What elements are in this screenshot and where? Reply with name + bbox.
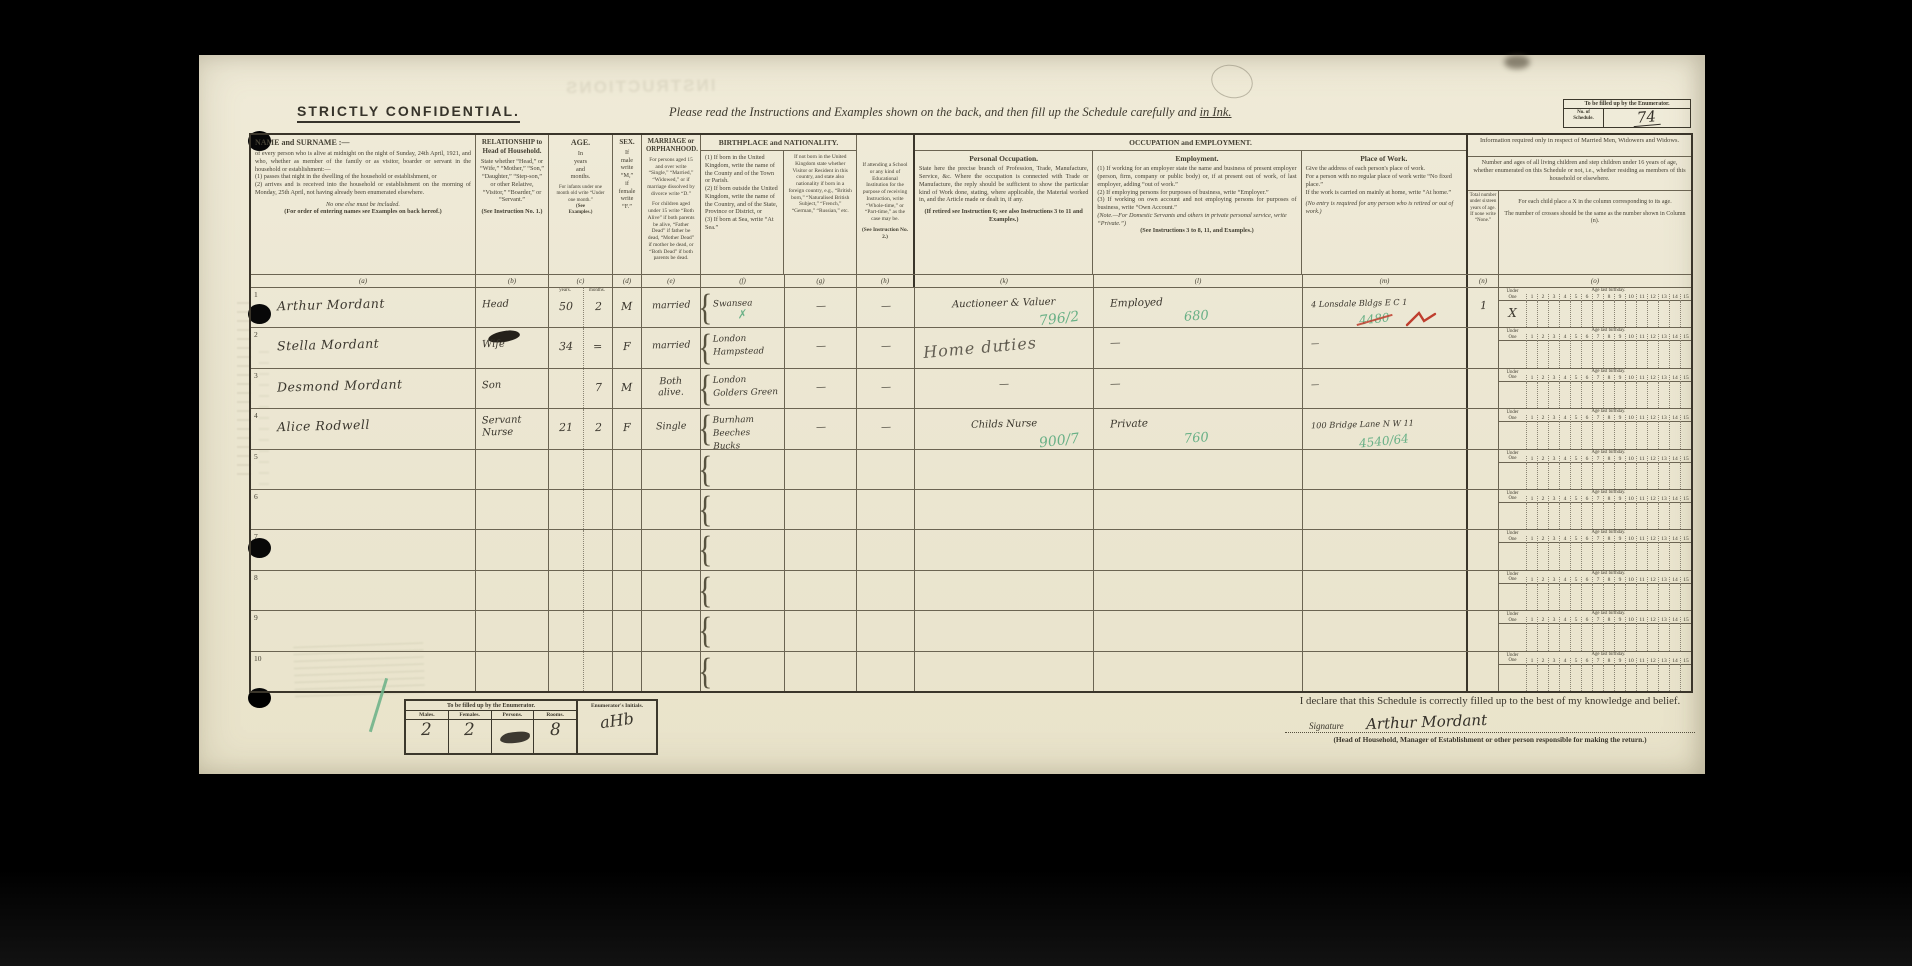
age-grid-cell — [1636, 665, 1647, 691]
age-column-number: 3 — [1548, 658, 1559, 665]
birthplace-cell: {London Golders Green — [701, 369, 785, 408]
employment-cell — [1094, 611, 1303, 650]
age-column-number: 4 — [1559, 294, 1570, 301]
age-numbers: 123456789101112131415 — [1526, 658, 1691, 665]
age-column-number: 6 — [1581, 536, 1592, 543]
age-years-cell — [549, 571, 584, 610]
age-grid-cell — [1570, 665, 1581, 691]
age-column-number: 12 — [1647, 334, 1658, 341]
age-column-number: 7 — [1592, 617, 1603, 624]
marriage-cell: Single — [642, 409, 701, 448]
age-years-cell — [549, 652, 584, 691]
age-grid-cell — [1548, 503, 1559, 529]
place-of-work-column-desc: Give the address of each person's place … — [1306, 165, 1462, 196]
age-column-number: 1 — [1526, 456, 1537, 463]
relationship-column-desc: State whether “Head,” or “Wife,” “Mother… — [480, 158, 544, 205]
marriage-cell — [642, 652, 701, 691]
age-column-number: 6 — [1581, 334, 1592, 341]
age-column-number: 14 — [1669, 294, 1680, 301]
age-grid-cell — [1658, 341, 1669, 367]
place-of-work-cell: — — [1303, 369, 1468, 408]
age-grid-cell — [1537, 503, 1548, 529]
males-value: 2 — [406, 720, 449, 753]
employment-cell — [1094, 530, 1303, 569]
age-column-number: 5 — [1570, 577, 1581, 584]
age-grid-cell — [1636, 382, 1647, 408]
marriage-column-title: MARRIAGE or ORPHANHOOD. — [646, 138, 696, 155]
persons-label: Persons. — [492, 711, 535, 719]
age-grid-cell — [1526, 665, 1537, 691]
age-grid-cell — [1592, 543, 1603, 569]
age-column-number: 1 — [1526, 496, 1537, 503]
age-column-number: 5 — [1570, 496, 1581, 503]
marriage-cell — [642, 450, 701, 489]
age-grid-cell — [1537, 624, 1548, 650]
birthplace-cell: { — [701, 571, 785, 610]
education-cell: — — [857, 409, 915, 448]
age-grid-body: X — [1499, 301, 1691, 327]
age-grid-cell — [1537, 301, 1548, 327]
age-grid-cell — [1570, 301, 1581, 327]
children-group-title2: Number and ages of all living children a… — [1468, 157, 1691, 191]
schedule-row: 6 { Under One Age last birthday. 1234567… — [251, 489, 1691, 529]
persons-value — [492, 720, 535, 753]
education-cell — [857, 450, 915, 489]
row-number: 7 — [251, 530, 265, 569]
education-cell — [857, 490, 915, 529]
name-cell: Desmond Mordant — [265, 369, 476, 408]
age-column-number: 4 — [1559, 658, 1570, 665]
age-grid-cell — [1537, 665, 1548, 691]
age-column-number: 9 — [1614, 617, 1625, 624]
age-grid-cell — [1658, 543, 1669, 569]
occupation-cell: Childs Nurse900/7 — [915, 409, 1094, 448]
age-months-cell — [584, 490, 613, 529]
name-column-title: NAME and SURNAME :— — [255, 138, 471, 148]
age-column-number: 5 — [1570, 456, 1581, 463]
age-column-number: 15 — [1680, 415, 1691, 422]
age-column-number: 12 — [1647, 658, 1658, 665]
marriage-cell — [642, 490, 701, 529]
nationality-cell — [785, 450, 857, 489]
nationality-cell — [785, 530, 857, 569]
age-grid-cell — [1526, 503, 1537, 529]
header-marriage-column: MARRIAGE or ORPHANHOOD. For persons aged… — [642, 135, 701, 274]
age-grid-cell — [1625, 543, 1636, 569]
relationship-column-title: RELATIONSHIP to Head of Household. — [480, 138, 544, 156]
age-grid-cell — [1614, 341, 1625, 367]
age-grid-cell — [1680, 341, 1691, 367]
census-table: NAME and SURNAME :— of every person who … — [249, 133, 1693, 693]
age-column-number: 5 — [1570, 536, 1581, 543]
age-numbers: 123456789101112131415 — [1526, 294, 1691, 301]
occupation-scrawl: Home duties — [922, 333, 1037, 362]
marriage-column-desc1: For persons aged 15 and over write “Sing… — [646, 157, 696, 198]
place-of-work-column-title: Place of Work. — [1306, 154, 1462, 163]
age-column-number: 11 — [1636, 536, 1647, 543]
age-column-number: 12 — [1647, 456, 1658, 463]
age-grid-cell — [1603, 422, 1614, 448]
age-grid-body — [1499, 503, 1691, 529]
place-of-work-cell — [1303, 490, 1468, 529]
age-grid-cell — [1669, 301, 1680, 327]
age-grid-cell — [1680, 543, 1691, 569]
age-grid-cell — [1647, 463, 1658, 489]
age-column-number: 4 — [1559, 496, 1570, 503]
age-grid-cell — [1614, 382, 1625, 408]
name-cell — [265, 490, 476, 529]
age-months-cell: 2 — [584, 288, 613, 327]
total-children-cell — [1468, 490, 1499, 529]
children-grid-desc1: For each child place a X in the column c… — [1503, 199, 1687, 207]
nationality-cell: — — [785, 328, 857, 367]
children-age-grid: Under One Age last birthday. 12345678910… — [1499, 490, 1691, 529]
marriage-cell — [642, 571, 701, 610]
age-grid-cell — [1647, 665, 1658, 691]
age-column-number: 12 — [1647, 294, 1658, 301]
age-grid-cell — [1499, 584, 1526, 610]
schedule-number-box: To be filled up by the Enumerator. No. o… — [1563, 99, 1691, 128]
age-column-number: 13 — [1658, 496, 1669, 503]
printed-brace: { — [698, 648, 712, 696]
sex-column-title: SEX. — [617, 138, 637, 147]
age-grid-cell — [1658, 665, 1669, 691]
age-grid-cell — [1669, 665, 1680, 691]
age-grid-body — [1499, 463, 1691, 489]
age-grid-cell — [1548, 463, 1559, 489]
age-numbers: 123456789101112131415 — [1526, 496, 1691, 503]
age-grid-cell — [1647, 503, 1658, 529]
age-column-number: 15 — [1680, 536, 1691, 543]
age-grid-cell — [1669, 341, 1680, 367]
age-grid-cell — [1537, 584, 1548, 610]
age-grid-cell — [1537, 341, 1548, 367]
age-grid-cell — [1669, 584, 1680, 610]
age-column-number: 4 — [1559, 456, 1570, 463]
age-column-number: 12 — [1647, 415, 1658, 422]
age-column-number: 14 — [1669, 456, 1680, 463]
age-grid-cell — [1625, 665, 1636, 691]
age-months-cell — [584, 571, 613, 610]
age-grid-cell — [1658, 584, 1669, 610]
age-grid-cell — [1499, 624, 1526, 650]
age-column-number: 8 — [1603, 334, 1614, 341]
education-column-note: (See Instruction No. 2.) — [861, 227, 909, 241]
name-cell: Alice Rodwell — [265, 409, 476, 448]
age-grid-cell — [1614, 422, 1625, 448]
sex-cell — [613, 611, 642, 650]
age-numbers: 123456789101112131415 — [1526, 375, 1691, 382]
relationship-column-note: (See Instruction No. 1.) — [480, 208, 544, 216]
total-children-cell — [1468, 369, 1499, 408]
age-months-cell: 7 — [584, 369, 613, 408]
place-code: 4540/64 — [1358, 431, 1409, 450]
age-column-number: 9 — [1614, 375, 1625, 382]
place-of-work-cell — [1303, 611, 1468, 650]
age-column-number: 6 — [1581, 577, 1592, 584]
enumerator-initials: aHb — [578, 711, 656, 753]
age-grid-cell — [1625, 382, 1636, 408]
age-column-number: 6 — [1581, 415, 1592, 422]
age-column-number: 14 — [1669, 334, 1680, 341]
signature-handwriting: Arthur Mordant — [1365, 711, 1487, 733]
age-column-number: 7 — [1592, 496, 1603, 503]
age-grid-cell — [1559, 584, 1570, 610]
age-column-number: 7 — [1592, 415, 1603, 422]
age-column-number: 4 — [1559, 536, 1570, 543]
age-grid-cell — [1559, 382, 1570, 408]
education-cell — [857, 571, 915, 610]
age-grid-cell — [1570, 503, 1581, 529]
total-children-cell — [1468, 530, 1499, 569]
marriage-cell — [642, 530, 701, 569]
children-group-title1: Information required only in respect of … — [1468, 135, 1691, 157]
age-column-number: 8 — [1603, 415, 1614, 422]
education-cell — [857, 530, 915, 569]
age-months-cell — [584, 652, 613, 691]
name-cell — [265, 571, 476, 610]
census-schedule-document: INSTRUCTIONS STRICTLY CONFIDENTIAL. Plea… — [199, 55, 1705, 774]
age-grid-cell — [1680, 624, 1691, 650]
total-children-cell — [1468, 409, 1499, 448]
under-one-label: Under One — [1499, 369, 1526, 381]
age-column-number: 11 — [1636, 375, 1647, 382]
age-grid-cell — [1499, 503, 1526, 529]
age-grid-cell — [1499, 341, 1526, 367]
schedule-row: 7 { Under One Age last birthday. 1234567… — [251, 529, 1691, 569]
age-grid-cell — [1581, 543, 1592, 569]
age-column-number: 12 — [1647, 577, 1658, 584]
age-grid-cell — [1570, 422, 1581, 448]
ink-smudge — [499, 731, 530, 745]
child-age-x-mark: X — [1499, 301, 1526, 327]
age-column-number: 15 — [1680, 617, 1691, 624]
age-column-title: AGE. — [553, 138, 608, 148]
age-grid-cell — [1614, 301, 1625, 327]
schedule-box-title: To be filled up by the Enumerator. — [1564, 100, 1690, 109]
age-column-number: 1 — [1526, 577, 1537, 584]
children-age-grid: Under One Age last birthday. 12345678910… — [1499, 328, 1691, 367]
age-numbers: 123456789101112131415 — [1526, 536, 1691, 543]
age-column-number: 8 — [1603, 577, 1614, 584]
name-column-note2: (For order of entering names see Example… — [255, 208, 471, 216]
age-grid-cell — [1647, 422, 1658, 448]
ink-smudge — [1504, 55, 1530, 69]
age-grid-cell — [1592, 382, 1603, 408]
name-cell — [265, 450, 476, 489]
row-number: 8 — [251, 571, 265, 610]
employment-code: 680 — [1184, 309, 1210, 326]
sex-cell — [613, 450, 642, 489]
column-letter-h: (h) — [857, 275, 915, 287]
schedule-row: 3 Desmond Mordant Son 7 M Both alive. {L… — [251, 368, 1691, 408]
age-column-number: 2 — [1537, 456, 1548, 463]
age-grid-cell — [1548, 422, 1559, 448]
nationality-cell — [785, 571, 857, 610]
sex-cell — [613, 571, 642, 610]
age-numbers: 123456789101112131415 — [1526, 617, 1691, 624]
age-column-number: 12 — [1647, 496, 1658, 503]
age-grid-cell — [1614, 543, 1625, 569]
children-age-grid: Under One Age last birthday. 12345678910… — [1499, 288, 1691, 327]
place-of-work-cell: 4 Lonsdale Bldgs E C 14480 — [1303, 288, 1468, 327]
total-children-cell — [1468, 611, 1499, 650]
age-grid-body — [1499, 543, 1691, 569]
age-column-number: 4 — [1559, 617, 1570, 624]
age-column-number: 8 — [1603, 536, 1614, 543]
age-column-number: 13 — [1658, 577, 1669, 584]
column-letters-row: (a) (b) (c) (d) (e) (f) (g) (h) (k) (l) … — [251, 274, 1691, 287]
age-months-cell — [584, 530, 613, 569]
age-grid-cell — [1625, 422, 1636, 448]
age-column-number: 9 — [1614, 496, 1625, 503]
occupation-column-desc: State here the precise branch of Profess… — [919, 165, 1088, 204]
age-numbers: 123456789101112131415 — [1526, 456, 1691, 463]
age-column-number: 4 — [1559, 415, 1570, 422]
total-children-cell — [1468, 571, 1499, 610]
marriage-cell: Both alive. — [642, 369, 701, 408]
header-age-column: AGE. In years and months. For infants un… — [549, 135, 613, 274]
employment-column-note2: (See Instructions 3 to 8, 11, and Exampl… — [1097, 227, 1296, 235]
age-grid-cell — [1680, 422, 1691, 448]
age-grid-cell — [1499, 382, 1526, 408]
nationality-cell — [785, 611, 857, 650]
education-column-desc: If attending a School or any kind of Edu… — [861, 138, 909, 223]
column-letter-l: (l) — [1094, 275, 1303, 287]
age-grid-cell — [1526, 341, 1537, 367]
age-grid-cell — [1570, 463, 1581, 489]
age-column-number: 3 — [1548, 456, 1559, 463]
age-grid-cell — [1614, 584, 1625, 610]
birthplace-cell: {Burnham Beeches Bucks — [701, 409, 785, 448]
age-column-number: 3 — [1548, 294, 1559, 301]
column-letter-a: (a) — [251, 275, 476, 287]
age-column-number: 2 — [1537, 334, 1548, 341]
age-column-number: 7 — [1592, 658, 1603, 665]
birthplace-cell: { — [701, 490, 785, 529]
age-grid-cell — [1581, 422, 1592, 448]
relationship-cell — [476, 611, 549, 650]
age-grid-cell — [1559, 341, 1570, 367]
place-of-work-cell — [1303, 450, 1468, 489]
column-letter-c: (c) — [549, 275, 613, 287]
age-column-number: 13 — [1658, 415, 1669, 422]
age-grid-cell — [1636, 341, 1647, 367]
place-of-work-column-header: Place of Work. Give the address of each … — [1302, 151, 1466, 274]
relationship-cell: Head — [476, 288, 549, 327]
age-column-number: 2 — [1537, 536, 1548, 543]
under-one-label: Under One — [1499, 571, 1526, 583]
age-column-number: 12 — [1647, 375, 1658, 382]
age-grid-cell — [1647, 584, 1658, 610]
age-grid-cell — [1526, 301, 1537, 327]
age-grid-cell — [1625, 503, 1636, 529]
age-grid-cell — [1658, 382, 1669, 408]
place-of-work-cell: — — [1303, 328, 1468, 367]
nationality-cell: — — [785, 288, 857, 327]
age-column-number: 7 — [1592, 536, 1603, 543]
age-grid-cell — [1592, 584, 1603, 610]
age-grid-cell — [1669, 382, 1680, 408]
age-grid-cell — [1680, 463, 1691, 489]
age-column-number: 6 — [1581, 496, 1592, 503]
age-column-number: 6 — [1581, 375, 1592, 382]
employment-column-header: Employment. (1) If working for an employ… — [1093, 151, 1301, 274]
age-grid-cell — [1499, 463, 1526, 489]
age-column-number: 14 — [1669, 577, 1680, 584]
age-grid-cell — [1537, 463, 1548, 489]
age-grid-cell — [1625, 341, 1636, 367]
age-column-number: 9 — [1614, 456, 1625, 463]
sex-cell: F — [613, 409, 642, 448]
under-one-label: Under One — [1499, 652, 1526, 664]
age-column-number: 14 — [1669, 658, 1680, 665]
age-grid-cell — [1603, 341, 1614, 367]
age-column-number: 2 — [1537, 415, 1548, 422]
age-column-number: 3 — [1548, 415, 1559, 422]
relationship-cell — [476, 652, 549, 691]
header-name-column: NAME and SURNAME :— of every person who … — [251, 135, 476, 274]
age-grid-cell — [1636, 422, 1647, 448]
age-grid-cell — [1647, 382, 1658, 408]
age-column-number: 2 — [1537, 496, 1548, 503]
age-column-number: 10 — [1625, 375, 1636, 382]
age-grid-cell — [1636, 584, 1647, 610]
age-grid-cell — [1526, 382, 1537, 408]
children-grid-desc2: The number of crosses should be the same… — [1503, 211, 1687, 226]
age-grid-body — [1499, 382, 1691, 408]
age-column-number: 1 — [1526, 536, 1537, 543]
total-children-cell — [1468, 450, 1499, 489]
age-column-note: For infants under one month old write “U… — [553, 185, 608, 204]
age-grid-body — [1499, 341, 1691, 367]
age-column-number: 5 — [1570, 617, 1581, 624]
age-column-number: 8 — [1603, 496, 1614, 503]
marriage-column-desc2: For children aged under 15 write “Both A… — [646, 201, 696, 262]
name-cell — [265, 530, 476, 569]
header-education-column: If attending a School or any kind of Edu… — [857, 135, 915, 274]
declaration-note: (Head of Household, Manager of Establish… — [1285, 735, 1695, 744]
occupation-column-header: Personal Occupation. State here the prec… — [915, 151, 1093, 274]
occupation-code: 900/7 — [1038, 430, 1080, 451]
age-column-number: 11 — [1636, 415, 1647, 422]
age-column-number: 10 — [1625, 658, 1636, 665]
age-grid-cell — [1526, 584, 1537, 610]
age-column-number: 5 — [1570, 375, 1581, 382]
occupation-cell: —Home duties — [915, 328, 1094, 367]
age-column-number: 2 — [1537, 577, 1548, 584]
age-grid-cell — [1658, 422, 1669, 448]
age-grid-cell — [1548, 543, 1559, 569]
place-code: 4480 — [1358, 311, 1390, 328]
red-check-mark — [1404, 309, 1438, 329]
sex-cell: M — [613, 369, 642, 408]
age-column-number: 6 — [1581, 617, 1592, 624]
children-age-grid: Under One Age last birthday. 12345678910… — [1499, 409, 1691, 448]
age-column-number: 3 — [1548, 334, 1559, 341]
header-relationship-column: RELATIONSHIP to Head of Household. State… — [476, 135, 549, 274]
age-column-number: 9 — [1614, 415, 1625, 422]
age-column-number: 9 — [1614, 294, 1625, 301]
relationship-cell — [476, 450, 549, 489]
age-grid-cell — [1625, 301, 1636, 327]
signature-label: Signature — [1309, 721, 1344, 731]
age-column-number: 7 — [1592, 334, 1603, 341]
name-cell — [265, 652, 476, 691]
education-cell — [857, 652, 915, 691]
age-grid-cell — [1537, 382, 1548, 408]
occupation-code: 796/2 — [1038, 309, 1080, 330]
